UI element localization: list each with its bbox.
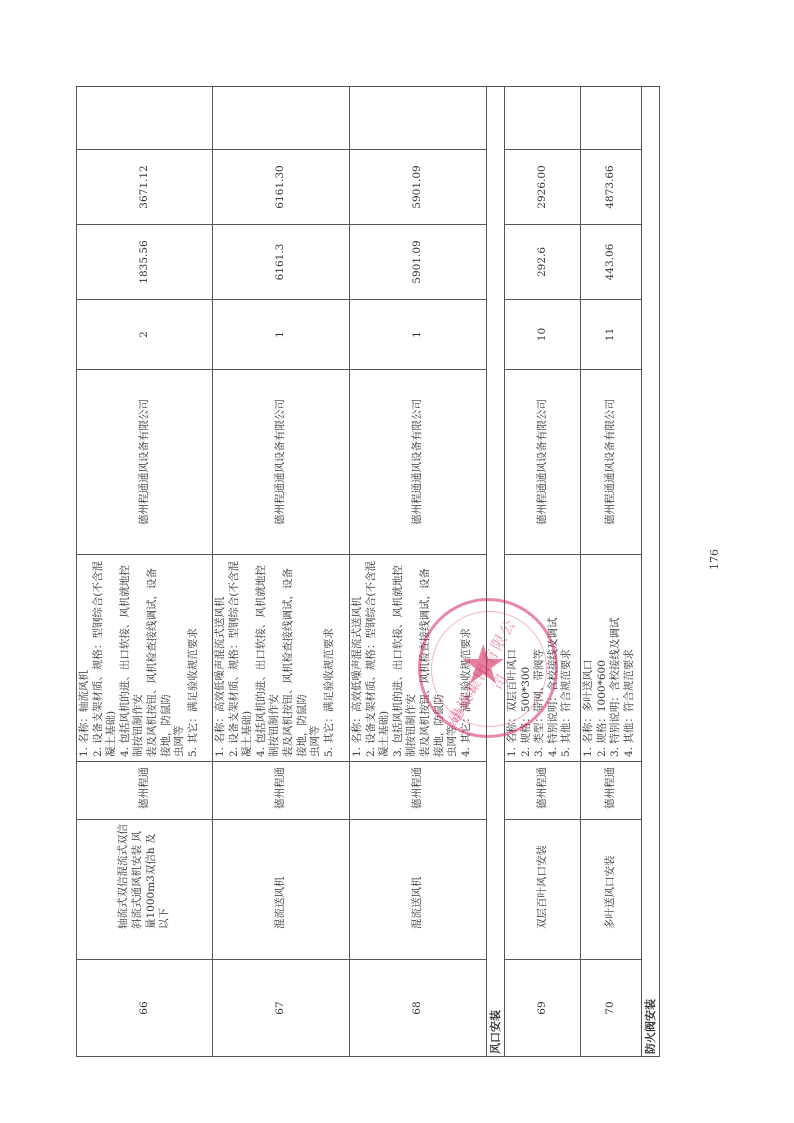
total-cell: 3671.12 <box>77 150 213 225</box>
table-row: 67 混流送风机 德州程通 1. 名称：高效低噪声混流式送风机 2. 设备支架材… <box>213 87 350 1057</box>
item-name-cell: 混流送风机 <box>350 820 487 960</box>
supplier-cell: 德州程通通风设备有限公司 <box>213 370 350 555</box>
brand-cell: 德州程通 <box>505 762 581 820</box>
table-row: 70 多叶送风口安装 德州程通 1. 名称：多叶送风口 2. 规格：1000*6… <box>581 87 642 1057</box>
brand-cell: 德州程通 <box>581 762 642 820</box>
brand-cell: 德州程通 <box>350 762 487 820</box>
unit-price-cell: 6161.3 <box>213 225 350 300</box>
qty-cell: 1 <box>350 300 487 370</box>
section-row-air-outlet: 风口安装 <box>487 87 505 1057</box>
spec-cell: 1. 名称：双层百叶风口 2. 规格：500*300 3. 类型：带网、带阀等 … <box>505 555 581 762</box>
unit-price-cell: 292.6 <box>505 225 581 300</box>
total-cell: 6161.30 <box>213 150 350 225</box>
rotated-table-container: 66 轴流式双信混流式双信斜流式通风机安装 风量1000m3双信h 及以下 德州… <box>76 87 660 1057</box>
remark-cell <box>213 87 350 150</box>
spec-cell: 1. 名称：高效低噪声混流式送风机 2. 设备支架材质、规格：型钢综合(不含混凝… <box>213 555 350 762</box>
table-row: 68 混流送风机 德州程通 1. 名称：高效低噪声混流式送风机 2. 设备支架材… <box>350 87 487 1057</box>
qty-cell: 2 <box>77 300 213 370</box>
seq-cell: 68 <box>350 960 487 1057</box>
supplier-cell: 德州程通通风设备有限公司 <box>505 370 581 555</box>
brand-cell: 德州程通 <box>77 762 213 820</box>
table-row: 69 双层百叶风口安装 德州程通 1. 名称：双层百叶风口 2. 规格：500*… <box>505 87 581 1057</box>
section-row-fire-damper: 防火阀安装 <box>642 87 660 1057</box>
remark-cell <box>581 87 642 150</box>
unit-price-cell: 443.06 <box>581 225 642 300</box>
brand-cell: 德州程通 <box>213 762 350 820</box>
total-cell: 4873.66 <box>581 150 642 225</box>
item-name-cell: 双层百叶风口安装 <box>505 820 581 960</box>
section-title: 防火阀安装 <box>642 87 660 1057</box>
spec-cell: 1. 名称：高效低噪声混流式送风机 2. 设备支架材质、规格：型钢综合(不含混凝… <box>350 555 487 762</box>
qty-cell: 1 <box>213 300 350 370</box>
table-row: 66 轴流式双信混流式双信斜流式通风机安装 风量1000m3双信h 及以下 德州… <box>77 87 213 1057</box>
supplier-cell: 德州程通通风设备有限公司 <box>581 370 642 555</box>
supplier-cell: 德州程通通风设备有限公司 <box>77 370 213 555</box>
supplier-cell: 德州程通通风设备有限公司 <box>350 370 487 555</box>
seq-cell: 70 <box>581 960 642 1057</box>
seq-cell: 67 <box>213 960 350 1057</box>
remark-cell <box>350 87 487 150</box>
seq-cell: 66 <box>77 960 213 1057</box>
page-number: 176 <box>708 550 748 570</box>
unit-price-cell: 5901.09 <box>350 225 487 300</box>
page-number-text: 176 <box>708 550 721 570</box>
item-name-cell: 混流送风机 <box>213 820 350 960</box>
total-cell: 5901.09 <box>350 150 487 225</box>
remark-cell <box>77 87 213 150</box>
remark-cell <box>505 87 581 150</box>
document-page: 66 轴流式双信混流式双信斜流式通风机安装 风量1000m3双信h 及以下 德州… <box>0 0 794 1123</box>
item-name-cell: 多叶送风口安装 <box>581 820 642 960</box>
spec-cell: 1. 名称：多叶送风口 2. 规格：1000*600 3. 特别说明：含校接线及… <box>581 555 642 762</box>
qty-cell: 11 <box>581 300 642 370</box>
qty-cell: 10 <box>505 300 581 370</box>
seq-cell: 69 <box>505 960 581 1057</box>
total-cell: 2926.00 <box>505 150 581 225</box>
item-name-cell: 轴流式双信混流式双信斜流式通风机安装 风量1000m3双信h 及以下 <box>77 820 213 960</box>
unit-price-cell: 1835.56 <box>77 225 213 300</box>
section-title: 风口安装 <box>487 87 505 1057</box>
equipment-price-table: 66 轴流式双信混流式双信斜流式通风机安装 风量1000m3双信h 及以下 德州… <box>76 86 660 1057</box>
spec-cell: 1. 名称：轴流风机 2. 设备支架材质、规格：型钢综合(不含混凝土基础) 4.… <box>77 555 213 762</box>
